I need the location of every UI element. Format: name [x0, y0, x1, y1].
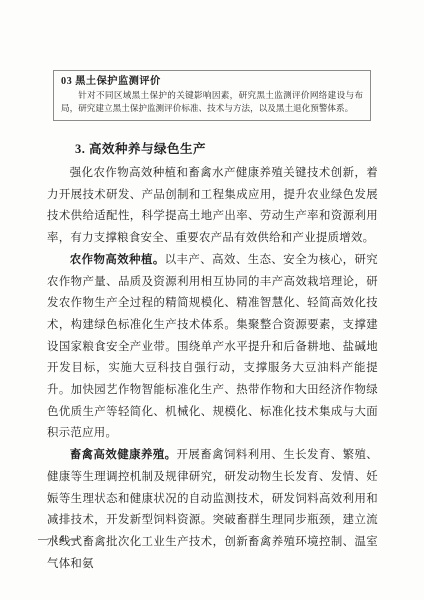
paragraph: 畜禽高效健康养殖。开展畜禽饲料利用、生长发育、繁殖、健康等生理调控机制及规律研究…: [47, 445, 378, 575]
paragraph-lead: 畜禽高效健康养殖。: [70, 449, 177, 461]
paragraph-text: 开展畜禽饲料利用、生长发育、繁殖、健康等生理调控机制及规律研究，研发动物生长发育…: [47, 449, 378, 570]
callout-box-body: 针对不同区域黑土保护的关键影响因素，研究黑土监测评价网络建设与布局，研究建立黑土…: [61, 89, 363, 115]
paragraph: 强化农作物高效种植和畜禽水产健康养殖关键技术创新，着力开展技术研发、产品创制和工…: [47, 163, 378, 250]
callout-box-title: 03 黑土保护监测评价: [61, 74, 363, 89]
paragraph-text: 以丰产、高效、生态、安全为核心，研究农作物产量、品质及资源利用相互协同的丰产高效…: [47, 254, 378, 440]
section-heading: 3. 高效种养与绿色生产: [75, 139, 206, 157]
document-page: 03 黑土保护监测评价 针对不同区域黑土保护的关键影响因素，研究黑土监测评价网络…: [0, 0, 424, 600]
page-number: — 14 —: [38, 534, 81, 545]
paragraph: 农作物高效种植。以丰产、高效、生态、安全为核心，研究农作物产量、品质及资源利用相…: [47, 250, 378, 445]
body-text-block: 强化农作物高效种植和畜禽水产健康养殖关键技术创新，着力开展技术研发、产品创制和工…: [47, 163, 378, 575]
callout-box: 03 黑土保护监测评价 针对不同区域黑土保护的关键影响因素，研究黑土监测评价网络…: [53, 70, 371, 121]
paragraph-lead: 农作物高效种植。: [70, 254, 165, 266]
paragraph-text: 强化农作物高效种植和畜禽水产健康养殖关键技术创新，着力开展技术研发、产品创制和工…: [47, 167, 378, 244]
